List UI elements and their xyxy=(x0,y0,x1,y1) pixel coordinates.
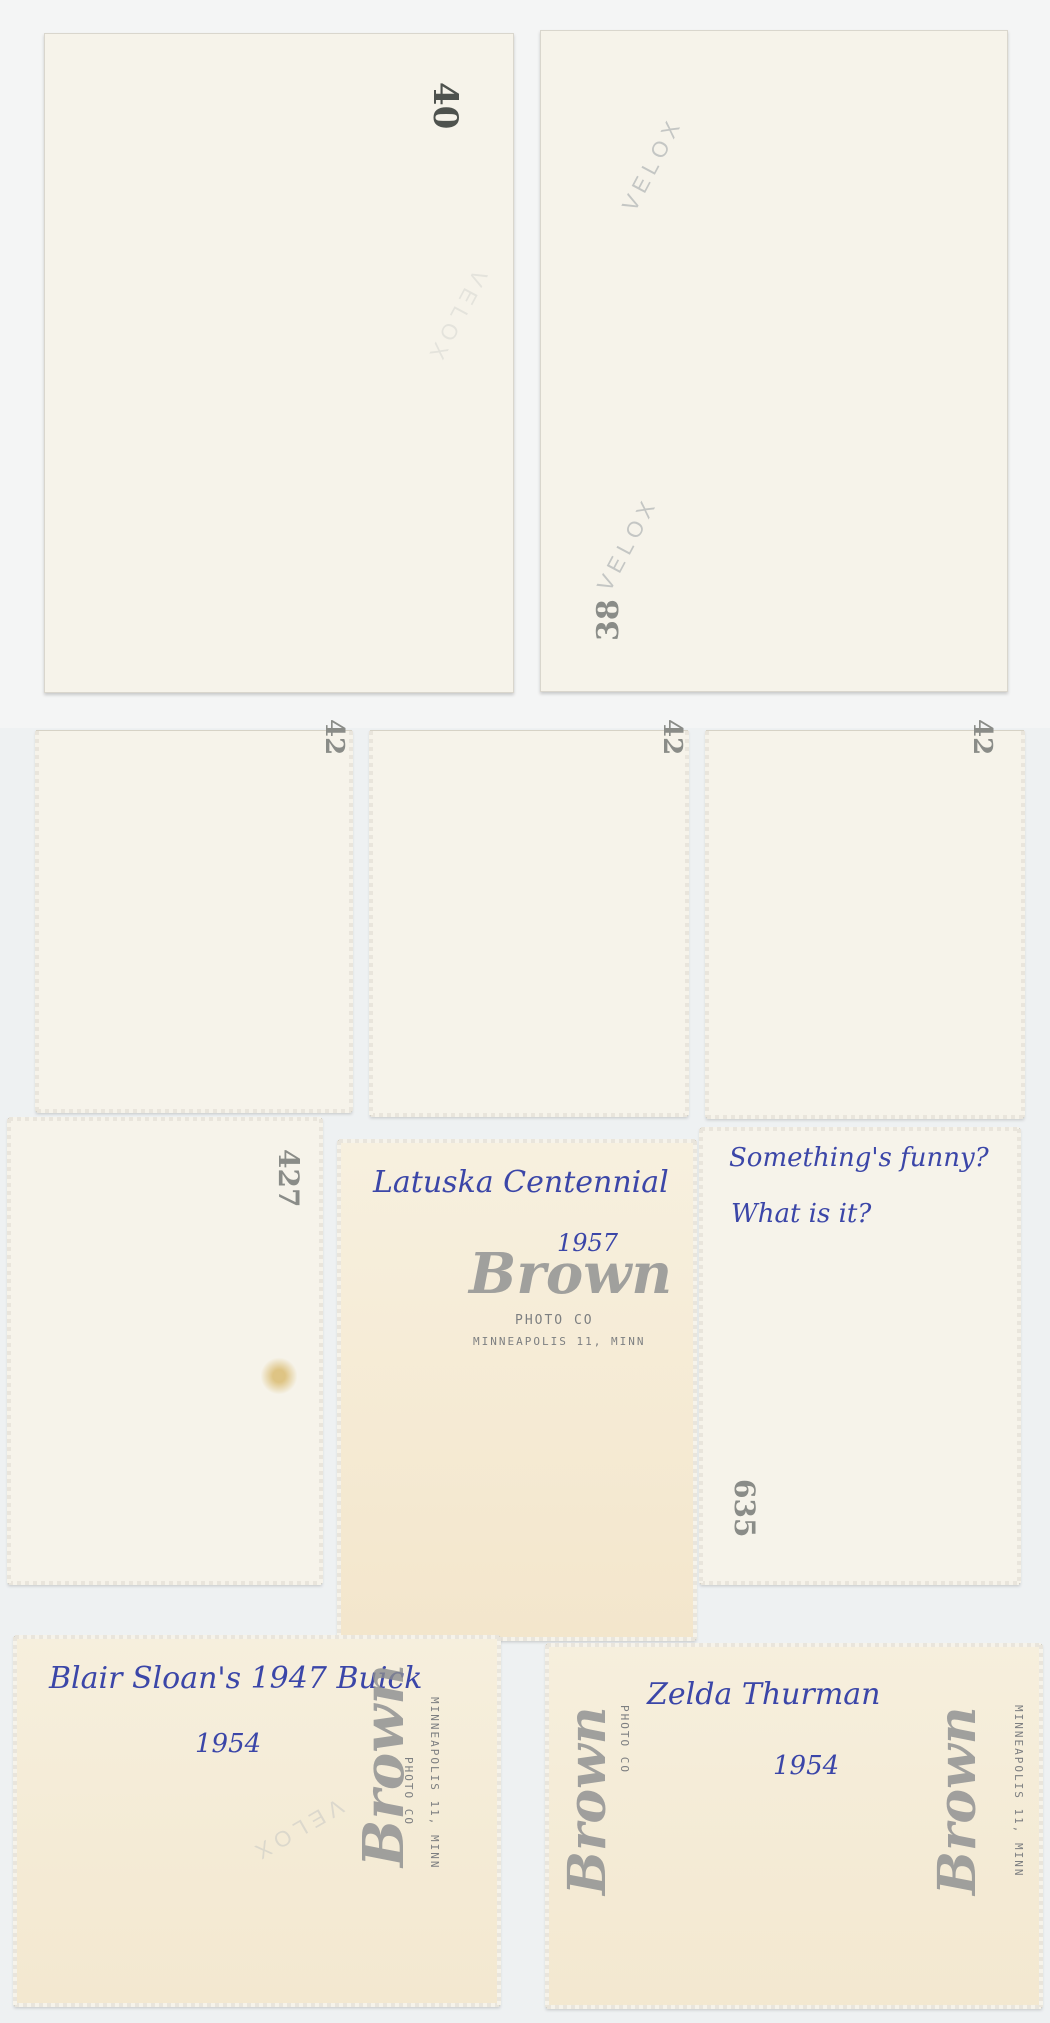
photo-back-row3-left: 427 xyxy=(8,1118,322,1584)
photo-back-bottom-right: Zelda Thurman 1954 Brown PHOTO CO Brown … xyxy=(546,1644,1042,2008)
photo-back-top-right: VELOX VELOX 38 xyxy=(540,30,1008,692)
stamp-number: 635 xyxy=(728,1479,761,1537)
handwritten-caption: Zelda Thurman xyxy=(647,1677,880,1712)
handwritten-caption-2: What is it? xyxy=(731,1199,871,1229)
photo-back-row2-middle: 42 xyxy=(370,730,688,1116)
studio-logo: Brown xyxy=(557,1706,618,1895)
stamp-number: 427 xyxy=(272,1149,305,1207)
stamp-number: 42 xyxy=(967,719,997,755)
studio-logo-2: Brown xyxy=(927,1706,988,1895)
faint-paper-mark: VELOX xyxy=(245,1793,348,1867)
photo-back-top-left: 40 VELOX xyxy=(44,33,514,693)
faint-paper-mark: VELOX xyxy=(421,265,492,368)
photo-back-row2-left: 42 xyxy=(36,730,352,1112)
handwritten-caption: Latuska Centennial xyxy=(373,1165,669,1200)
foxing-stain xyxy=(261,1351,297,1401)
handwritten-caption: Something's funny? xyxy=(729,1143,989,1173)
stamp-number: 40 xyxy=(425,82,465,129)
stamp-number: 38 xyxy=(591,599,626,641)
photo-back-row3-right: Something's funny? What is it? 635 xyxy=(700,1128,1020,1584)
handwritten-year: 1954 xyxy=(195,1729,261,1759)
stamp-number: 42 xyxy=(657,719,687,755)
photo-back-row2-right: 42 xyxy=(706,730,1024,1118)
studio-name: PHOTO CO xyxy=(515,1313,594,1328)
faint-paper-mark: VELOX xyxy=(592,492,663,595)
studio-address: MINNEAPOLIS 11, MINN xyxy=(473,1335,645,1348)
photo-back-bottom-left: Blair Sloan's 1947 Buick 1954 Brown PHOT… xyxy=(14,1636,500,2006)
faint-paper-mark: VELOX xyxy=(617,112,688,215)
studio-address: MINNEAPOLIS 11, MINN xyxy=(428,1697,441,1869)
photo-back-row3-middle: Latuska Centennial 1957 Brown PHOTO CO M… xyxy=(338,1140,696,1640)
handwritten-year: 1954 xyxy=(773,1751,839,1781)
studio-name: PHOTO CO xyxy=(402,1757,415,1826)
studio-address: MINNEAPOLIS 11, MINN xyxy=(1012,1705,1025,1877)
stamp-number: 42 xyxy=(319,719,349,755)
studio-logo: Brown xyxy=(469,1241,672,1307)
studio-name: PHOTO CO xyxy=(618,1705,631,1774)
